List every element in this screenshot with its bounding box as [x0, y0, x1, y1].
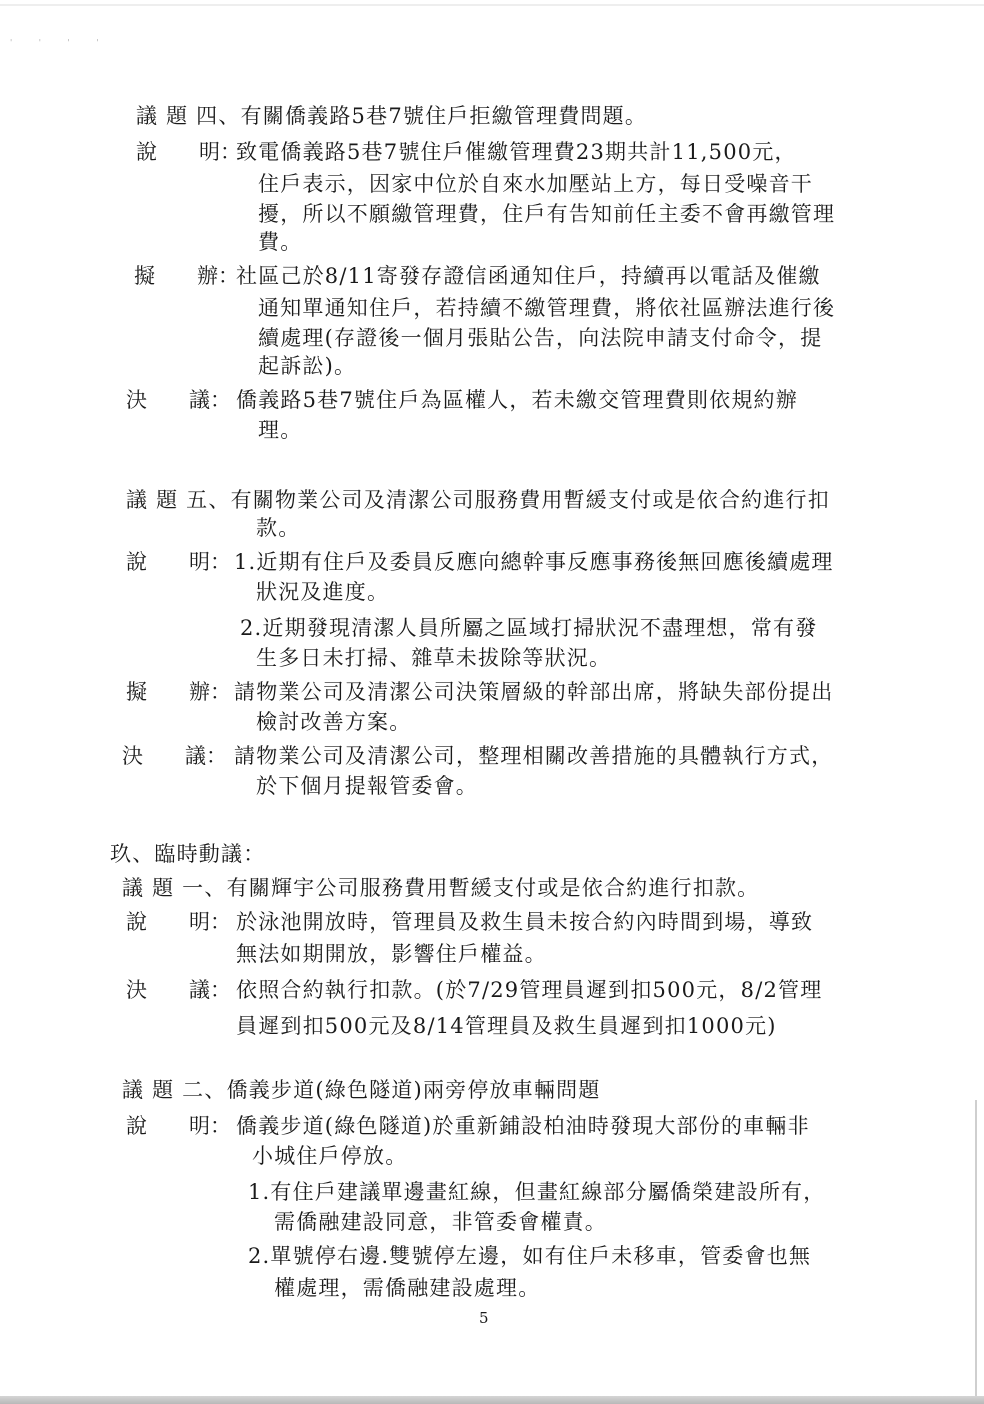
issue-4-explanation-line: 致電僑義路5巷7號住戶催繳管理費23期共計11,500元，: [236, 138, 797, 166]
motion-2-explanation-line: 需僑融建設同意，非管委會權責。: [274, 1208, 607, 1236]
issue-4-explanation-line: 住戶表示，因家中位於自來水加壓站上方，每日受噪音干: [258, 170, 813, 198]
motion-1-explanation-line: 無法如期開放，影響住戶權益。: [236, 940, 547, 968]
issue-5-explanation-line: 1.近期有住戶及委員反應向總幹事反應事務後無回應後續處理: [234, 548, 834, 576]
issue-4-heading-label: 議 題 四、: [136, 104, 241, 128]
issue-4-proposal-line: 起訴訟)。: [258, 352, 356, 380]
motion-2-explanation-line: 1.有住戶建議單邊畫紅線，但畫紅線部分屬僑榮建設所有，: [248, 1178, 825, 1206]
motion-1-heading-label: 議 題 一、: [122, 876, 227, 900]
motion-2-explanation-line: 權處理，需僑融建設處理。: [274, 1274, 540, 1302]
scan-bottom-edge: [0, 1396, 984, 1404]
issue-5-explanation-line: 生多日未打掃、雜草未拔除等狀況。: [256, 644, 611, 672]
motion-2-explanation-line: 小城住戶停放。: [252, 1142, 407, 1170]
page-number: 5: [479, 1308, 489, 1328]
motion-2-explanation-label: 說 明：: [126, 1112, 231, 1140]
issue-4-proposal-line: 續處理(存證後一個月張貼公告，向法院申請支付命令，提: [258, 324, 822, 352]
issue-5-proposal-line: 檢討改善方案。: [256, 708, 411, 736]
motion-1-resolution-line: 依照合約執行扣款。(於7/29管理員遲到扣500元，8/2管理: [236, 976, 822, 1004]
issue-4-resolution-line: 僑義路5巷7號住戶為區權人，若未繳交管理費則依規約辦: [236, 386, 798, 414]
issue-4-explanation-line: 費。: [258, 228, 302, 256]
issue-5-explanation-line: 狀況及進度。: [256, 578, 389, 606]
issue-5-heading-label: 議 題 五、: [126, 488, 231, 512]
motion-2-heading-label: 議 題 二、: [122, 1078, 227, 1102]
issue-5-heading: 議 題 五、有關物業公司及清潔公司服務費用暫緩支付或是依合約進行扣: [126, 486, 830, 514]
issue-4-explanation-label: 說 明：: [136, 138, 241, 166]
motion-1-explanation-label: 說 明：: [126, 908, 231, 936]
motion-2-heading-text: 僑義步道(綠色隧道)兩旁停放車輛問題: [227, 1078, 601, 1102]
issue-4-heading-text: 有關僑義路5巷7號住戶拒繳管理費問題。: [241, 104, 648, 128]
issue-4-proposal-line: 通知單通知住戶，若持續不繳管理費，將依社區辦法進行後: [258, 294, 835, 322]
issue-5-heading-continued: 款。: [256, 514, 300, 542]
scan-specks: ' ' ' ': [10, 38, 110, 47]
extempore-motions-title: 玖、臨時動議：: [110, 840, 265, 868]
issue-5-explanation-line: 2.近期發現清潔人員所屬之區域打掃狀況不盡理想，常有發: [240, 614, 817, 642]
issue-4-explanation-line: 擾，所以不願繳管理費，住戶有告知前任主委不會再繳管理: [258, 200, 835, 228]
issue-4-resolution-line: 理。: [258, 416, 302, 444]
issue-5-proposal-line: 請物業公司及清潔公司決策層級的幹部出席，將缺失部份提出: [234, 678, 833, 706]
motion-1-resolution-label: 決 議：: [126, 976, 231, 1004]
motion-2-heading: 議 題 二、僑義步道(綠色隧道)兩旁停放車輛問題: [122, 1076, 601, 1104]
issue-5-resolution-line: 於下個月提報管委會。: [256, 772, 478, 800]
motion-2-explanation-line: 僑義步道(綠色隧道)於重新鋪設柏油時發現大部份的車輛非: [236, 1112, 810, 1140]
motion-1-explanation-line: 於泳池開放時，管理員及救生員未按合約內時間到場，導致: [236, 908, 813, 936]
issue-4-heading: 議 題 四、有關僑義路5巷7號住戶拒繳管理費問題。: [136, 102, 647, 130]
scan-right-edge: [975, 1100, 977, 1400]
motion-1-resolution-line: 員遲到扣500元及8/14管理員及救生員遲到扣1000元): [236, 1012, 777, 1040]
document-page: ' ' ' ' 議 題 四、有關僑義路5巷7號住戶拒繳管理費問題。 說 明： 致…: [0, 0, 984, 1404]
issue-5-explanation-label: 說 明：: [126, 548, 231, 576]
issue-5-heading-text: 有關物業公司及清潔公司服務費用暫緩支付或是依合約進行扣: [231, 488, 830, 512]
motion-1-heading: 議 題 一、有關輝宇公司服務費用暫緩支付或是依合約進行扣款。: [122, 874, 759, 902]
issue-5-proposal-label: 擬 辦：: [126, 678, 231, 706]
issue-4-resolution-label: 決 議：: [126, 386, 231, 414]
issue-5-resolution-line: 請物業公司及清潔公司，整理相關改善措施的具體執行方式，: [234, 742, 833, 770]
issue-4-proposal-label: 擬 辦：: [134, 262, 239, 290]
motion-1-heading-text: 有關輝宇公司服務費用暫緩支付或是依合約進行扣款。: [227, 876, 760, 900]
issue-4-proposal-line: 社區己於8/11寄發存證信函通知住戶，持續再以電話及催繳: [236, 262, 821, 290]
issue-5-resolution-label: 決 議：: [122, 742, 227, 770]
motion-2-explanation-line: 2.單號停右邊.雙號停左邊，如有住戶未移車，管委會也無: [248, 1242, 811, 1270]
scan-top-edge: [0, 4, 984, 6]
